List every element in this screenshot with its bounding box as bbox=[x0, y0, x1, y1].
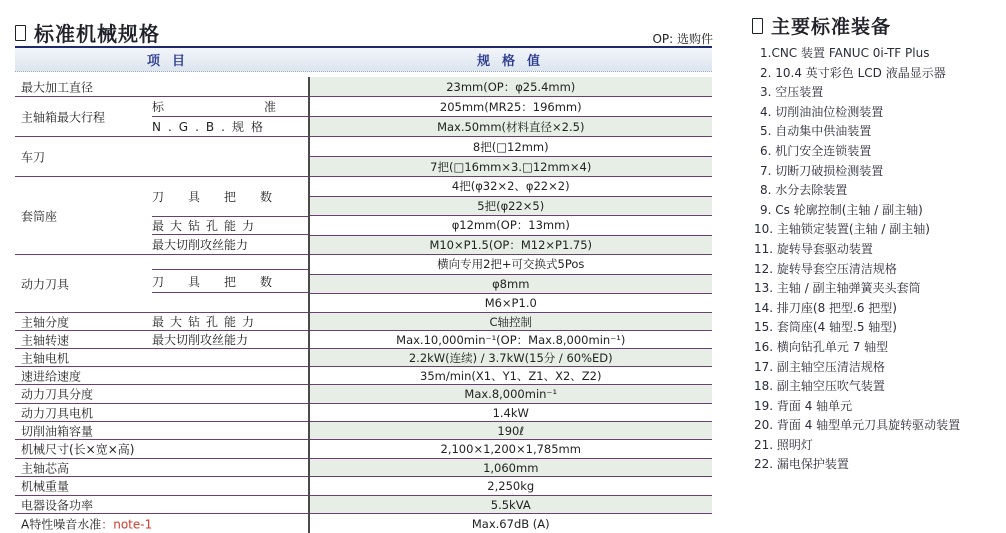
spec-sheet-page: 标准机械规格 OP: 选购件 项目 规格值 最大加工直径 23mm(OP：φ25… bbox=[0, 0, 1006, 533]
list-item: 2. 10.4 英寸彩色 LCD 液晶显示器 bbox=[760, 64, 960, 84]
spec-rows: 最大加工直径 23mm(OP：φ25.4mm) 主轴箱最大行程 标准 N.G.B… bbox=[15, 77, 712, 533]
row-label: 动力刀具 bbox=[21, 275, 69, 292]
table-row: 电器设备功率 5.5kVA bbox=[15, 496, 712, 514]
list-item: 6. 机门安全连锁装置 bbox=[760, 142, 960, 162]
list-item: 21. 照明灯 bbox=[754, 436, 960, 456]
table-row: 主轴电机 2.2kW(连续) / 3.7kW(15分 / 60%ED) bbox=[15, 349, 712, 367]
row-label: 最大加工直径 bbox=[21, 78, 93, 95]
row-value: 2,250kg bbox=[310, 477, 713, 496]
row-label: 动力刀具电机 bbox=[21, 404, 93, 421]
row-label: 动力刀具分度 bbox=[21, 386, 93, 403]
list-item: 1.CNC 装置 FANUC 0i-TF Plus bbox=[760, 44, 960, 64]
header-item: 项目 bbox=[15, 48, 317, 71]
row-value: φ8mm bbox=[310, 275, 713, 295]
sub-label: 最大切削攻丝能力 bbox=[152, 331, 248, 348]
row-label: 车刀 bbox=[21, 148, 45, 165]
row-label: 机械重量 bbox=[21, 478, 69, 495]
row-value: φ12mm(OP：13mm) bbox=[310, 216, 713, 236]
table-row: 动力刀具分度 Max.8,000min⁻¹ bbox=[15, 385, 712, 404]
sub-label: 刀具把数 bbox=[152, 273, 296, 290]
equipment-title-text: 主要标准装备 bbox=[771, 12, 891, 39]
sub-label: N.G.B.规格 bbox=[152, 118, 270, 135]
row-value: C轴控制 bbox=[310, 313, 713, 331]
row-value: 7把(□16mm×3.□12mm×4) bbox=[310, 157, 713, 177]
header-value: 规格值 bbox=[317, 48, 712, 71]
row-label: 主轴分度 bbox=[21, 313, 69, 330]
table-row: 主轴芯高 1,060mm bbox=[15, 459, 712, 477]
table-row: 机械重量 2,250kg bbox=[15, 477, 712, 496]
row-value: 1,060mm bbox=[310, 459, 713, 477]
spec-table-header: 项目 规格值 bbox=[15, 46, 712, 72]
list-item: 17. 副主轴空压清洁规格 bbox=[754, 358, 960, 378]
list-item: 4. 切削油油位检测装置 bbox=[760, 103, 960, 123]
row-label: 机械尺寸(长×宽×高) bbox=[21, 441, 134, 458]
equipment-title: 主要标准装备 bbox=[752, 12, 891, 39]
equipment-list: 1.CNC 装置 FANUC 0i-TF Plus 2. 10.4 英寸彩色 L… bbox=[760, 44, 960, 475]
spec-title-text: 标准机械规格 bbox=[34, 18, 160, 47]
row-value: 23mm(OP：φ25.4mm) bbox=[310, 77, 713, 97]
table-row: 套筒座 刀具把数 最大钻孔能力 最大切削攻丝能力 4把(φ32×2、φ22×2)… bbox=[15, 177, 712, 255]
spec-table: 项目 规格值 最大加工直径 23mm(OP：φ25.4mm) bbox=[15, 46, 712, 533]
row-value: 8把(□12mm) bbox=[310, 137, 713, 157]
square-bullet-icon bbox=[15, 25, 26, 41]
row-value: 4把(φ32×2、φ22×2) bbox=[310, 177, 713, 197]
list-item: 20. 背面 4 轴型单元刀具旋转驱动装置 bbox=[754, 416, 960, 436]
table-row: 最大加工直径 23mm(OP：φ25.4mm) bbox=[15, 77, 712, 97]
row-label: 主轴箱最大行程 bbox=[21, 108, 105, 125]
row-value: 35m/min(X1、Y1、Z1、X2、Z2) bbox=[310, 367, 713, 385]
table-row: 主轴箱最大行程 标准 N.G.B.规格 205mm(MR25：196mm) Ma… bbox=[15, 97, 712, 137]
row-value: 横向专用2把+可交换式5Pos bbox=[310, 255, 713, 275]
list-item: 12. 旋转导套空压清洁规格 bbox=[754, 260, 960, 280]
list-item: 9. Cs 轮廓控制(主轴 / 副主轴) bbox=[760, 201, 960, 221]
list-item: 19. 背面 4 轴单元 bbox=[754, 397, 960, 417]
row-label-text: A特性噪音水准 bbox=[21, 518, 101, 532]
list-item: 14. 排刀座(8 把型.6 把型) bbox=[754, 299, 960, 319]
table-row: 机械尺寸(长×宽×高) 2,100×1,200×1,785mm bbox=[15, 440, 712, 459]
row-label: 主轴芯高 bbox=[21, 459, 69, 476]
table-row: 主轴转速 最大切削攻丝能力 Max.10,000min⁻¹(OP：Max.8,0… bbox=[15, 331, 712, 349]
sub-label: 刀具把数 bbox=[152, 188, 296, 205]
row-label: A特性噪音水准：note-1 bbox=[21, 516, 152, 533]
list-item: 18. 副主轴空压吹气装置 bbox=[754, 377, 960, 397]
row-value: 2.2kW(连续) / 3.7kW(15分 / 60%ED) bbox=[310, 349, 713, 367]
list-item: 8. 水分去除装置 bbox=[760, 181, 960, 201]
square-bullet-icon bbox=[752, 18, 763, 34]
row-value: Max.10,000min⁻¹(OP：Max.8,000min⁻¹) bbox=[310, 331, 713, 349]
table-row: 主轴分度 最大钻孔能力 C轴控制 bbox=[15, 313, 712, 331]
list-item: 5. 自动集中供油装置 bbox=[760, 122, 960, 142]
row-label: 切削油箱容量 bbox=[21, 422, 93, 439]
sub-label: 最大切削攻丝能力 bbox=[152, 236, 248, 253]
list-item: 7. 切断刀破损检测装置 bbox=[760, 162, 960, 182]
row-label: 速进给速度 bbox=[21, 367, 81, 384]
table-row: A特性噪音水准：note-1 Max.67dB (A) bbox=[15, 514, 712, 533]
list-item: 13. 主轴 / 副主轴弹簧夹头套筒 bbox=[754, 279, 960, 299]
row-value: Max.8,000min⁻¹ bbox=[310, 385, 713, 404]
row-value: Max.67dB (A) bbox=[310, 514, 713, 533]
list-item: 15. 套筒座(4 轴型.5 轴型) bbox=[754, 318, 960, 338]
row-label: 主轴转速 bbox=[21, 331, 69, 348]
table-row: 动力刀具 刀具把数 横向专用2把+可交换式5Pos φ8mm M6×P1.0 bbox=[15, 255, 712, 313]
op-legend: OP: 选购件 bbox=[652, 30, 713, 47]
row-label: 电器设备功率 bbox=[21, 496, 93, 513]
row-value: 2,100×1,200×1,785mm bbox=[310, 440, 713, 459]
row-value: M10×P1.5(OP：M12×P1.75) bbox=[310, 236, 713, 256]
row-label: 套筒座 bbox=[21, 207, 57, 224]
sub-label: 标准 bbox=[152, 98, 376, 115]
row-value: M6×P1.0 bbox=[310, 294, 713, 313]
list-item: 16. 横向钻孔单元 7 轴型 bbox=[754, 338, 960, 358]
row-value: 5把(φ22×5) bbox=[310, 197, 713, 217]
list-item: 11. 旋转导套驱动装置 bbox=[754, 240, 960, 260]
row-value: 5.5kVA bbox=[310, 496, 713, 514]
table-row: 车刀 8把(□12mm) 7把(□16mm×3.□12mm×4) bbox=[15, 137, 712, 177]
table-row: 速进给速度 35m/min(X1、Y1、Z1、X2、Z2) bbox=[15, 367, 712, 385]
table-row: 动力刀具电机 1.4kW bbox=[15, 404, 712, 422]
note-reference: ：note-1 bbox=[101, 518, 152, 532]
list-item: 3. 空压装置 bbox=[760, 83, 960, 103]
sub-label: 最大钻孔能力 bbox=[152, 217, 260, 234]
row-value: Max.50mm(材料直径×2.5) bbox=[310, 117, 713, 137]
list-item: 22. 漏电保护装置 bbox=[754, 455, 960, 475]
sub-label: 最大钻孔能力 bbox=[152, 313, 260, 330]
table-row: 切削油箱容量 190ℓ bbox=[15, 422, 712, 440]
row-value: 190ℓ bbox=[310, 422, 713, 440]
row-label: 主轴电机 bbox=[21, 349, 69, 366]
spec-title: 标准机械规格 bbox=[15, 18, 160, 47]
row-value: 1.4kW bbox=[310, 404, 713, 422]
list-item: 10. 主轴锁定装置(主轴 / 副主轴) bbox=[754, 220, 960, 240]
